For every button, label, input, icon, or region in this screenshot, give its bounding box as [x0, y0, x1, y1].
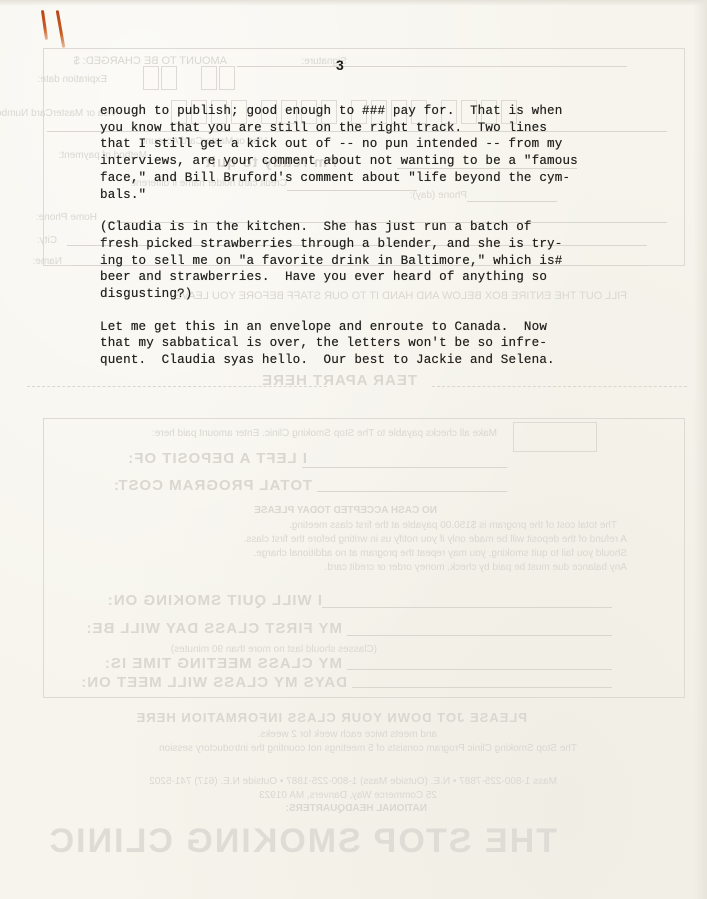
text-line: fresh picked strawberries through a blen… [100, 236, 630, 253]
text-line: beer and strawberries. Have you ever hea… [100, 269, 630, 286]
text-line: enough to publish; good enough to ### pa… [100, 103, 630, 120]
text-line: ing to sell me on "a favorite drink in B… [100, 253, 630, 270]
text-line: face," and Bill Bruford's comment about … [100, 170, 630, 187]
paragraph-3: Let me get this in an envelope and enrou… [100, 319, 630, 369]
page-number: 3 [336, 57, 344, 73]
text-line: disgusting?) [100, 286, 630, 303]
text-line: you know that you are still on the right… [100, 120, 630, 137]
text-line: quent. Claudia syas hello. Our best to J… [100, 352, 630, 369]
paragraph-2: (Claudia is in the kitchen. She has just… [100, 219, 630, 303]
paragraph-1: enough to publish; good enough to ### pa… [100, 103, 630, 203]
paper-top-edge [0, 0, 707, 6]
text-line: Let me get this in an envelope and enrou… [100, 319, 630, 336]
text-line: (Claudia is in the kitchen. She has just… [100, 219, 630, 236]
text-line: interviews, are your comment about not w… [100, 153, 630, 170]
letter-body: enough to publish; good enough to ### pa… [100, 103, 630, 385]
text-line: bals." [100, 187, 630, 204]
text-line: that my sabbatical is over, the letters … [100, 335, 630, 352]
paper-right-edge [693, 0, 707, 899]
text-line: that I still get a kick out of -- no pun… [100, 136, 630, 153]
